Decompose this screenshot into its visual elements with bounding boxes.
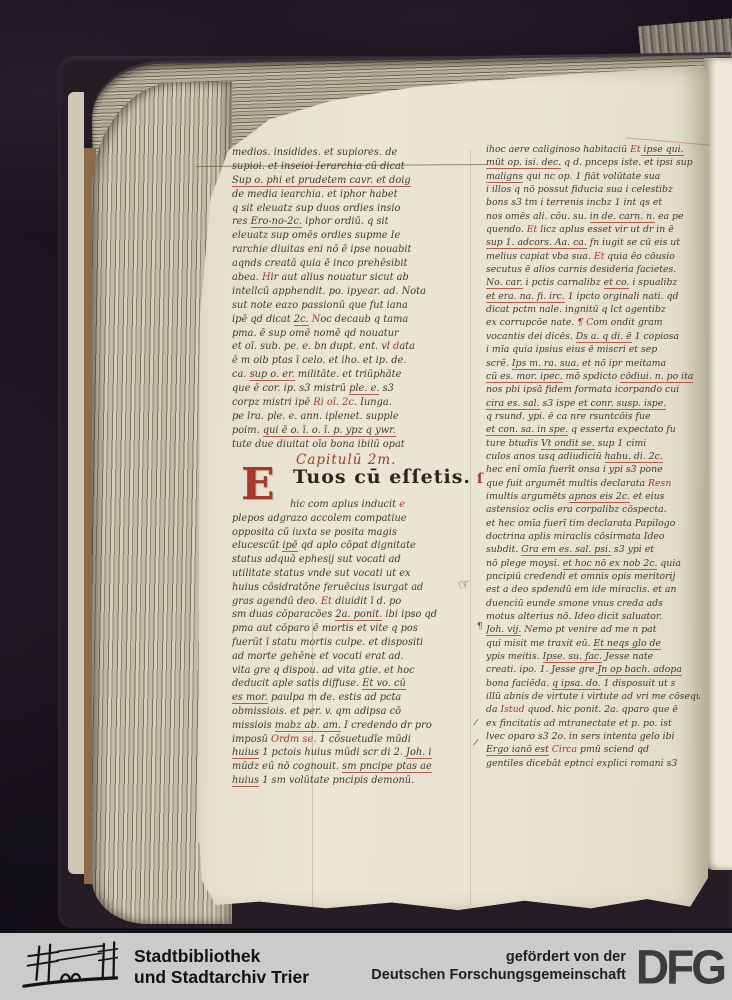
manuscript-text-line: quendo. Et licz aplus esset vir ut dr in… [486,223,700,236]
manuscript-text-line: pma. ē sup omē nomē qd nouatur [232,327,460,341]
manuscript-text-line: mūdz eū nō cognouit. sm pncipe ptas ae [232,760,460,774]
manuscript-text-line: scrē. Ips m. ra. sua. et nō ipr meitama [486,357,700,370]
manuscript-text-line: huius cōsidratōne feruēcius isurgat ad [232,581,460,595]
manuscript-text-line: fuerūt ī statu mortis culpe. et disposit… [232,636,460,650]
manuscript-text-line: status adquā ephesij sut vocati ad [232,553,460,567]
facing-page-sliver [704,58,732,870]
manuscript-text-line: nō plege moysi. et hoc nō ex nob 2c. qui… [486,557,700,570]
manuscript-text-line: melius capiat vba sua. Et quia ēo cōusio [486,250,700,263]
manuscript-text-line: ihoc aere caliginoso habitaciū Et ipse q… [486,143,700,156]
manuscript-text-line: aqnds creatā quia ē inco prehēsibit [232,257,460,271]
manuscript-text-line: da Istud quod. hic ponit. 2a. qparo que … [486,703,700,716]
manuscript-text-line: deducit aple satis diffuse. Et vo. cū [232,677,460,691]
manuscript-text-line: ad morte gehēne et vocati erat ad. [232,650,460,664]
manuscript-text-line: i illos q nō possut fiducia sua i celest… [486,183,700,196]
manuscript-text-line: No. car. i pctis carnalibz et co. i spua… [486,276,700,289]
manuscript-text-line: motus alterius nō. Ideo dicit saluator. [486,610,700,623]
manuscript-text-line: sm duas cōparacōes 2a. ponit. ibi ipso q… [232,608,460,622]
manuscript-text-line: que fuit argumēt multis declarata Resn [486,477,700,490]
manuscript-text-line: i mīa quia ipsius eius ē miscri et sep [486,343,700,356]
incipit-flourish: ſ [471,471,484,487]
cover-fore-edge [68,92,84,874]
manuscript-text-line: et era. na. fi. irc. 1 ipcto orginali na… [486,290,700,303]
manuscript-text-line: tute due diuitat oīa bona ibilū opat [232,438,460,452]
manuscript-text-line: maligns qui nc op. 1 fiāt volūtate sua [486,170,700,183]
manuscript-scan-photo: medios. insidides. et supiores. desupioi… [0,0,732,933]
manuscript-text-line: gentiles dicebāt eptnci explici romani s… [486,757,700,770]
library-name: Stadtbibliothek und Stadtarchiv Trier [134,946,309,988]
manuscript-text-line: huius 1 pctois huius mūdi scr di 2. Joh.… [232,746,460,760]
manuscript-text-line: astensioz oclis era corpalibz cōspecta. [486,503,700,516]
manuscript-text-line: plepos adgrazo accolem compatiue [232,512,460,526]
manuscript-text-line: rarchie diuitas eni nō ē ipse nouabit [232,243,460,257]
manuscript-text-line: ypis meitis. Ipse. su. fac. Jesse nate [486,650,700,663]
manuscript-text-line: secutus ē alios carnis desideria faciete… [486,263,700,276]
manuscript-text-line: de media iearchia. et iphor habet [232,188,460,202]
text-column-right: ihoc aere caliginoso habitaciū Et ipse q… [486,143,700,770]
manuscript-text-line: Joh. vij. Nemo pt venire ad me n pat [486,623,700,636]
manuscript-text-line: opposita cū iuxta se posita magis [232,526,460,540]
manuscript-text-line: res Ero-no-2c. iphor ordiū. q sit [232,215,460,229]
manuscript-text-line: dicat pctm nale. ingnitū q lct agentibz [486,303,700,316]
manuscript-text-line: qui misit me traxit eū. Et neqs glo de [486,637,700,650]
manuscript-text-line: medios. insidides. et supiores. de [232,146,460,160]
manuscript-text-line: pma aut cōparo ē mortis et vite q pos [232,622,460,636]
manuscript-text-line: subdit. Gra em es. sal. psi. s3 ypi et [486,543,700,556]
manuscript-text-line: ca. sup o. er. militāte. et triūphāte [232,368,460,382]
manuscript-text-line: obmissiois. et per. v. qm adipsa cō [232,705,460,719]
manuscript-text-line: lvec oparo s3 2o. in sers intenta gelo i… [486,730,700,743]
funding-credit: gefördert von der Deutschen Forschungsge… [371,949,626,984]
manuscript-text-line: est a deo spdendū em ide miraclis. et an [486,583,700,596]
manuscript-text-line: es mor. paulpa m de. estis ad pcta [232,691,460,705]
manuscript-text-line: vita gre q dispou. ad vita gtie. et hoc [232,664,460,678]
manuscript-text-line: ē m oib ptas ī celo. et iho. et ip. de. [232,354,460,368]
manuscript-text-line: elucescūt ipē qd aplo cōpat dignitate [232,539,460,553]
manuscript-text-line: corpz mistri ipē Ri oī. 2c. Iunga. [232,396,460,410]
manuscript-text-line: imultis argumēts apnos eis 2c. et eius [486,490,700,503]
manuscript-text-line: illū abnis de virtute i virtute ad vri m… [486,690,700,703]
incipit-line: Tuos cū eſſetis. ſ [293,466,484,488]
manuscript-text-line: ture btudis Vt ondit se. sup 1 cimi [486,437,700,450]
manuscript-text-line: imposū Ordm se. 1 cōsuetudīe mūdi [232,733,460,747]
text-column-left-upper: medios. insidides. et supiores. desupioi… [232,146,460,452]
manuscript-text-line: sut note eazo passionū que fut iana [232,299,460,313]
manuscript-text-line: eleuatz sup omēs ordies supme Ie [232,229,460,243]
manuscript-text-line: hic com aplus inducit e [290,498,460,512]
manuscript-text-line: et con. sa. in spe. q esserta expectato … [486,423,700,436]
manuscript-text-line: mūt op. isi. dec. q d. pnceps iste. et i… [486,156,700,169]
manuscript-text-line: supioi. et inseioi Ierarchia cū dicat [232,160,460,174]
manuscript-text-line: ex corrupcōe nate. ¶ Com ondit gram [486,316,700,329]
manuscript-text-line: q rsund. ypi. ē ca nre rsuntcōis fue [486,410,700,423]
manuscript-text-line: poim. qui ē o. ī. o. ī. p. ypz q ywr. [232,424,460,438]
manuscript-text-line: creati. ipo. 1. Jesse gre Jn op bach. ad… [486,663,700,676]
manuscript-text-line: ex fincitatis ad mtranectate et p. po. i… [486,717,700,730]
ruling-line-vertical [470,150,471,906]
manuscript-text-line: utilitate status vnde sut vocati ut ex [232,567,460,581]
gutter-rubric-mark: ¶ [477,622,483,632]
manuscript-text-line: vocantis dei dicēs. Ds a. q di. ē 1 copi… [486,330,700,343]
manuscript-text-line: nos omēs ali. cōu. su. in de. carn. n. e… [486,210,700,223]
manuscript-text-line: missiois mabz ab. am. I credendo dr pro [232,719,460,733]
manuscript-text-line: et hec omīa fuerī tim declarata Papilogo [486,517,700,530]
manuscript-text-line: culos anos usq adiudiciū habu. di. 2c. [486,450,700,463]
manuscript-text-line: cū es. mor. ipec. mō spdicto cōdiui. n. … [486,370,700,383]
manuscript-text-line: et oī. sub. pe. e. bn dupt. ent. vl data [232,340,460,354]
manuscript-text-line: gras agendū deo. Et diuidit ī d. po [232,595,460,609]
manuscript-text-line: doctrina aplis miraclis cōsirmata Ideo [486,530,700,543]
manuscript-text-line: bona faciēda. q ipsa. do. 1 disposuit ut… [486,677,700,690]
manuscript-text-line: huius 1 sm volūtate pncipis demonū. [232,774,460,788]
manuscript-text-line: hec enī omīa fuerīt onsa i ypi s3 pone [486,463,700,476]
funding-line1: gefördert von der [371,949,626,967]
dfg-logo-icon: DFG [636,938,724,994]
text-column-left-lower: hic com aplus inducit eplepos adgrazo ac… [232,498,460,788]
manuscript-text-line: cira es. sal. s3 ispe et conr. susp. isp… [486,397,700,410]
manuscript-text-line: bons s3 tm i terrenis incbz 1 int qs et [486,196,700,209]
manuscript-text-line: intellcū apphendit. po. ipyear. ad. Nota [232,285,460,299]
manuscript-text-line: pncipiū credendi et omnis opis meritorij [486,570,700,583]
manuscript-text-line: Ergo ianō est Circa pmū sciend qd [486,743,700,756]
library-name-line2: und Stadtarchiv Trier [134,967,309,988]
manuscript-text-line: sup 1. adcors. Aa. ca. fn iugit se cū ei… [486,236,700,249]
manuscript-text-line: pe lra. ple. e. ann. iplenet. supple [232,410,460,424]
incipit-text: Tuos cū eſſetis. [293,466,471,488]
manuscript-text-line: Sup o. phi et prudetem cavr. et doig [232,174,460,188]
manuscript-text-line: q sit eleuatz sup duos ordies insio [232,202,460,216]
manuscript-text-line: que ē cor. ip. s3 mistrū ple. e. s3 [232,382,460,396]
manuscript-text-line: ipē qd dicat 2c. Noc decaub q tama [232,313,460,327]
stadtbibliothek-trier-logo-icon [22,940,118,994]
library-name-line1: Stadtbibliothek [134,946,309,967]
institution-footer-bar: Stadtbibliothek und Stadtarchiv Trier ge… [0,933,732,1000]
manuscript-text-line: duenciū eunde smone vnus creda ads [486,597,700,610]
manuscript-text-line: nos pbi ipsā fidem formata icorpando cui [486,383,700,396]
manuscript-text-line: abea. Hir aut alius nouatur sicut ab [232,271,460,285]
funding-line2: Deutschen Forschungsgemeinschaft [371,967,626,985]
